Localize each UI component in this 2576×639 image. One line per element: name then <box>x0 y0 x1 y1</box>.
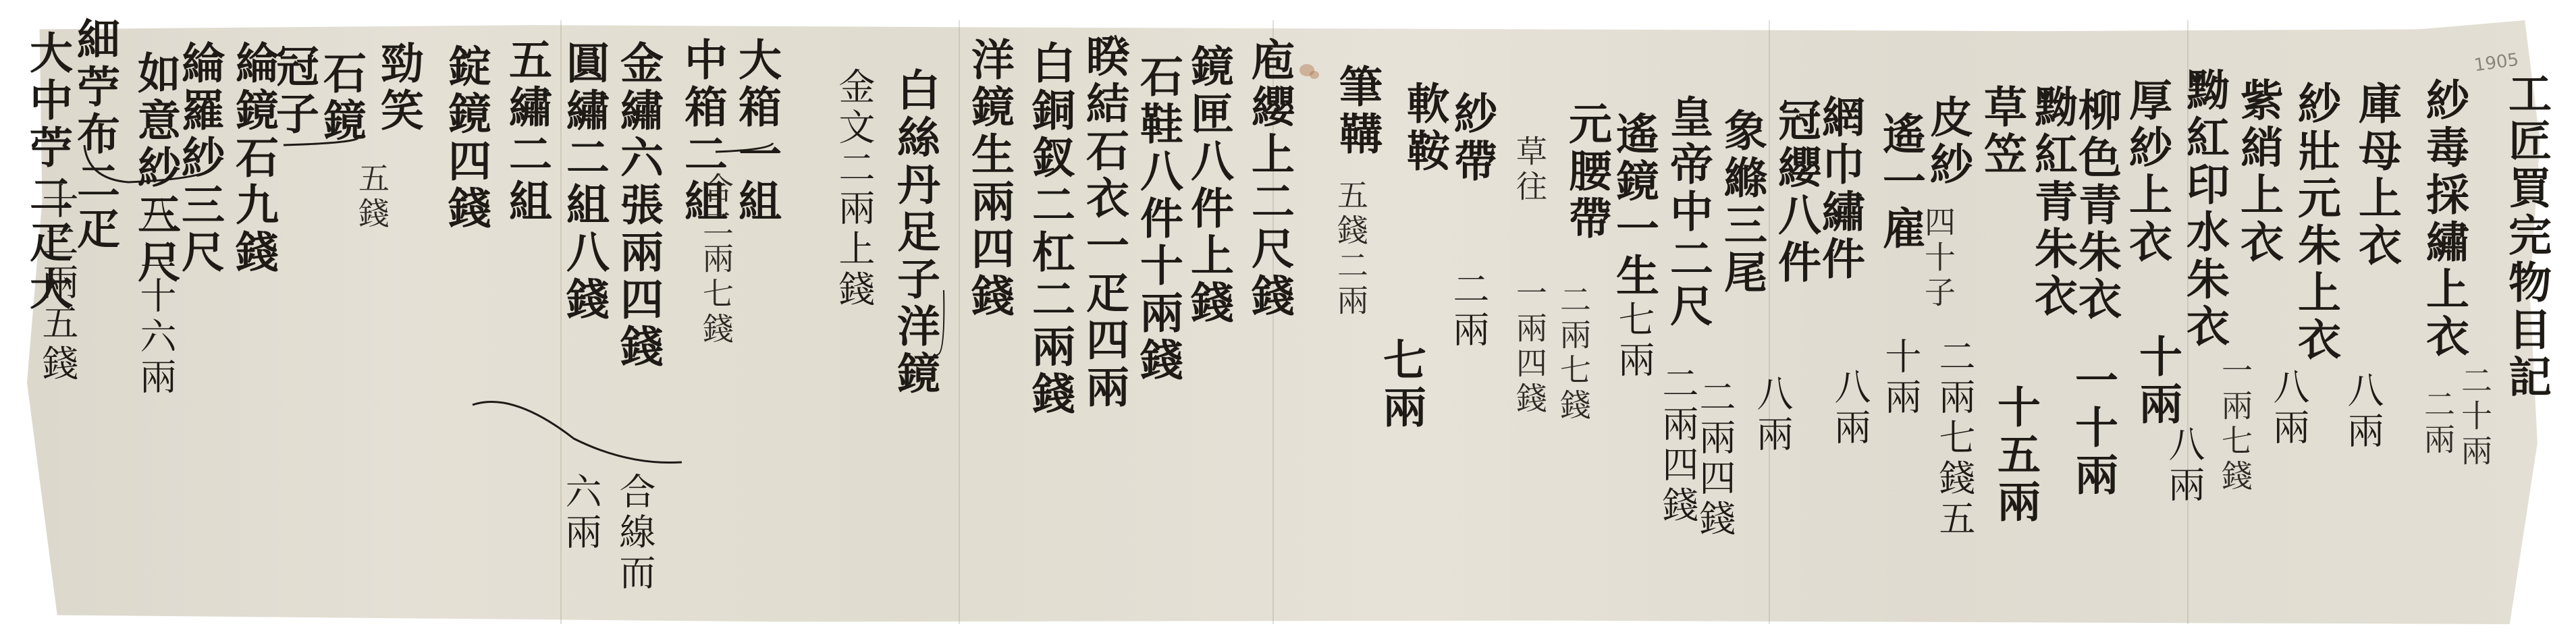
item-entry: 八二十六兩 <box>137 196 173 398</box>
item-entry: 石鏡 <box>319 51 363 145</box>
item-entry: 一兩四錢 <box>1514 277 1545 417</box>
item-entry: 遙一雇 <box>1879 111 1922 253</box>
item-entry: 黝紅印水朱衣 <box>2182 67 2226 351</box>
item-entry: 綸羅紗三尺 <box>178 40 221 277</box>
item-entry: 細苧布二疋 <box>73 17 116 253</box>
item-entry: 二兩四錢 <box>1696 378 1733 540</box>
document-title: 工匠買完物目記 <box>2504 71 2548 401</box>
item-entry: 紫綃上衣 <box>2236 78 2280 267</box>
item-entry: 七兩 <box>1379 337 1422 432</box>
item-entry: 金繡六張兩四錢 <box>616 40 660 371</box>
item-entry: 勁笑 <box>377 40 420 135</box>
item-entry: 一十兩 <box>2071 358 2114 499</box>
item-entry: 網巾繡件 <box>1818 94 1861 283</box>
item-entry: 六兩 <box>562 472 599 553</box>
item-entry: 皇帝中二尺 <box>1666 94 1709 331</box>
item-entry: 遙鏡一生 <box>1612 111 1655 300</box>
item-entry: 五錢 <box>356 162 387 232</box>
item-entry: 石鞋八件十兩錢 <box>1136 54 1179 385</box>
item-entry: 合線而 <box>616 472 653 594</box>
item-entry: 八兩 <box>2166 425 2202 506</box>
item-entry: 二兩 <box>2422 388 2453 458</box>
item-entry: 八兩 <box>2344 371 2381 452</box>
item-entry: 金文二兩上錢 <box>836 67 872 310</box>
item-entry: 皮紗 <box>1926 94 1969 189</box>
item-entry: 柳色青朱衣 <box>2074 88 2118 324</box>
item-entry: 五繡二組 <box>505 37 548 226</box>
item-entry: 七兩 <box>1615 300 1652 381</box>
item-entry: 二兩七錢五 <box>1936 337 1973 540</box>
item-entry: 十五兩 <box>1993 385 2037 526</box>
item-entry: 黝紅青朱衣 <box>2031 84 2074 321</box>
item-entry: 大箱一組 <box>734 37 778 226</box>
paper-fold-line <box>959 20 960 624</box>
item-entry: 軟鞍 <box>1403 81 1446 175</box>
item-entry: 草往 <box>1514 135 1545 205</box>
item-entry: 鏡匣八件上錢 <box>1187 44 1230 327</box>
item-entry: 八兩 <box>2270 368 2307 449</box>
item-entry: 白絲丹足子洋鏡 <box>893 67 936 398</box>
item-entry: 睽結石衣一疋四兩 <box>1082 34 1125 412</box>
item-entry: 二兩 <box>1450 270 1486 351</box>
item-entry: 草笠 <box>1980 84 2023 179</box>
item-entry: 八兩 <box>1754 374 1790 455</box>
item-entry: 四十子 <box>1923 206 1954 311</box>
item-entry: 庖纓上二尺錢 <box>1247 37 1291 321</box>
item-entry: 八兩 <box>1831 368 1868 449</box>
item-entry: 元腰帶 <box>1565 101 1608 243</box>
item-entry: 綸鏡石九錢 <box>232 40 275 277</box>
item-entry: 錠鏡四錢 <box>444 44 487 233</box>
item-entry: 紗帶 <box>1450 91 1493 186</box>
item-entry: 一兩七錢 <box>2220 354 2251 495</box>
item-entry: 洋鏡生兩四錢 <box>967 37 1011 321</box>
item-entry: 筆鞲 <box>1335 64 1378 159</box>
item-entry: 十兩 <box>2135 334 2178 428</box>
item-entry: 厚紗上衣 <box>2125 78 2168 267</box>
item-entry: 二兩四錢 <box>1659 364 1696 526</box>
item-entry: 二兩七錢 <box>1558 283 1589 424</box>
item-entry: 合二兩七錢 <box>701 172 732 348</box>
ink-stain <box>1310 71 1319 79</box>
item-entry: 十二兩五錢 <box>39 182 76 385</box>
item-entry: 五錢二兩 <box>1335 179 1366 319</box>
item-entry: 紗壯元朱上衣 <box>2294 81 2337 364</box>
item-entry: 庫母上衣 <box>2355 81 2398 270</box>
item-entry: 圓繡二組八錢 <box>562 40 606 324</box>
item-entry: 十兩 <box>1882 337 1918 418</box>
paper-fold-line <box>1769 20 1770 624</box>
item-entry: 二十兩 <box>2459 364 2490 470</box>
item-entry: 白銅釵二杠二兩錢 <box>1028 40 1071 418</box>
item-entry: 象縧三尾 <box>1720 108 1763 297</box>
item-entry: 冠纓八件 <box>1774 98 1817 287</box>
item-entry: 紗毒採繡上衣 <box>2422 78 2465 361</box>
